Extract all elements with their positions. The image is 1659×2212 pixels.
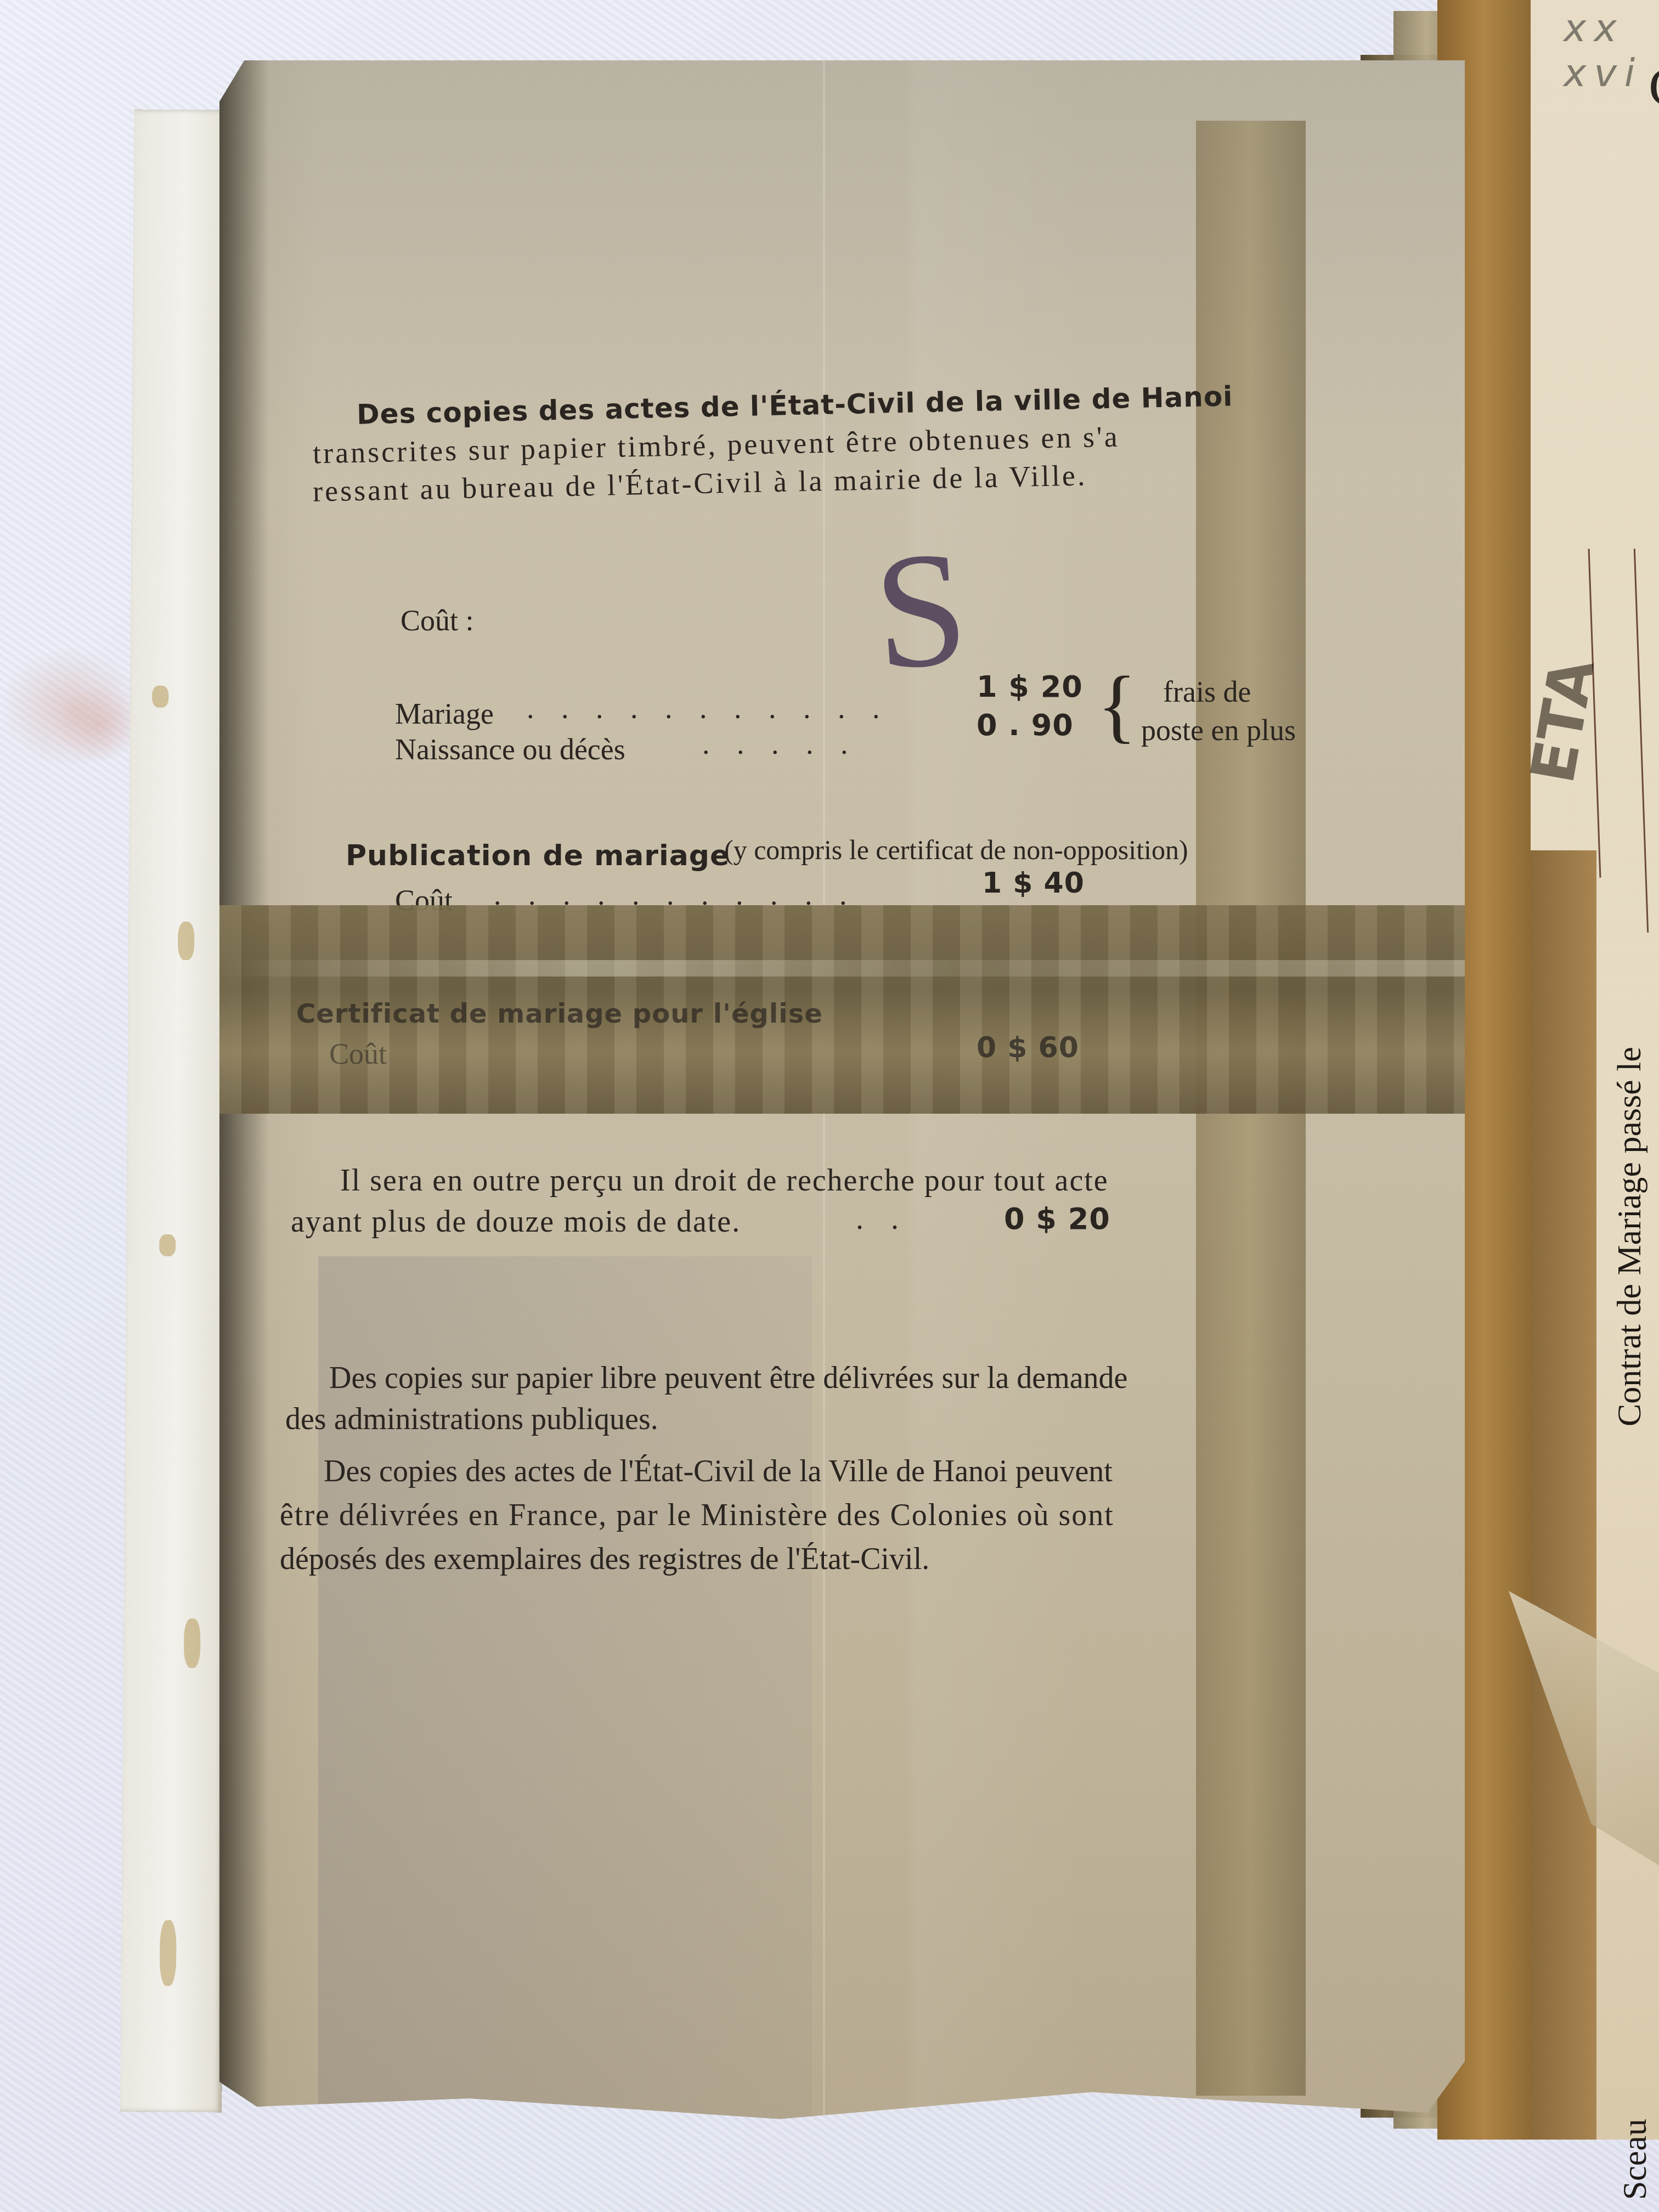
leader-dots: . . . . . [702, 727, 858, 761]
france-copies-line-2: être délivrées en France, par le Ministè… [280, 1498, 1114, 1533]
research-fee-line-1: Il sera en outre perçu un droit de reche… [340, 1163, 1109, 1198]
france-copies-line-3: déposés des exemplaires des registres de… [280, 1542, 929, 1577]
research-fee-price: 0 $ 20 [1004, 1201, 1110, 1236]
cost-item: Naissance ou décès [395, 732, 625, 766]
france-copies-line-1: Des copies des actes de l'État-Civil de … [324, 1454, 1113, 1489]
leader-dots: . . [856, 1201, 909, 1237]
cost-item: Mariage [395, 697, 494, 731]
ink-stamp-letter: S [868, 513, 973, 708]
church-certificate-title: Certificat de mariage pour l'église [296, 998, 823, 1029]
cost-label: Coût : [400, 603, 474, 637]
rust-spot [160, 1920, 177, 1986]
publication-subtitle: (y compris le certificat de non-oppositi… [724, 834, 1188, 866]
rust-spot [178, 922, 194, 960]
brace-symbol: { [1097, 658, 1137, 753]
leader-dots: . . . . . . . . . . . [527, 691, 890, 725]
handwritten-mark: xx xvi [1564, 5, 1659, 95]
contract-title-rotated: Contrat de Mariage passé le [1610, 1047, 1649, 1426]
publication-price: 1 $ 40 [982, 867, 1085, 900]
research-fee-line-2: ayant plus de douze mois de date. [291, 1204, 741, 1239]
adjacent-document-tape [1531, 850, 1596, 2140]
partial-letter: C [1649, 55, 1659, 118]
postage-note-line-1: frais de [1163, 675, 1251, 709]
rust-spot [159, 1234, 176, 1256]
free-copies-line-2: des administrations publiques. [285, 1402, 658, 1437]
tape-reflection [219, 960, 1465, 977]
document-page: Des copies des actes de l'État-Civil de … [219, 60, 1465, 2123]
book-binding-strip [120, 109, 235, 2112]
free-copies-line-1: Des copies sur papier libre peuvent être… [329, 1361, 1127, 1396]
cost-price: 1 $ 20 [977, 669, 1083, 704]
church-certificate-price: 0 $ 60 [977, 1031, 1079, 1064]
postage-note-line-2: poste en plus [1141, 713, 1296, 747]
rust-spot [152, 686, 168, 708]
rust-spot [184, 1618, 201, 1668]
publication-title: Publication de mariage [346, 839, 730, 872]
cost-price: 0 . 90 [977, 708, 1074, 742]
church-certificate-cost-label: Coût [329, 1037, 387, 1071]
seal-label-rotated: Sceau [1616, 2119, 1655, 2200]
